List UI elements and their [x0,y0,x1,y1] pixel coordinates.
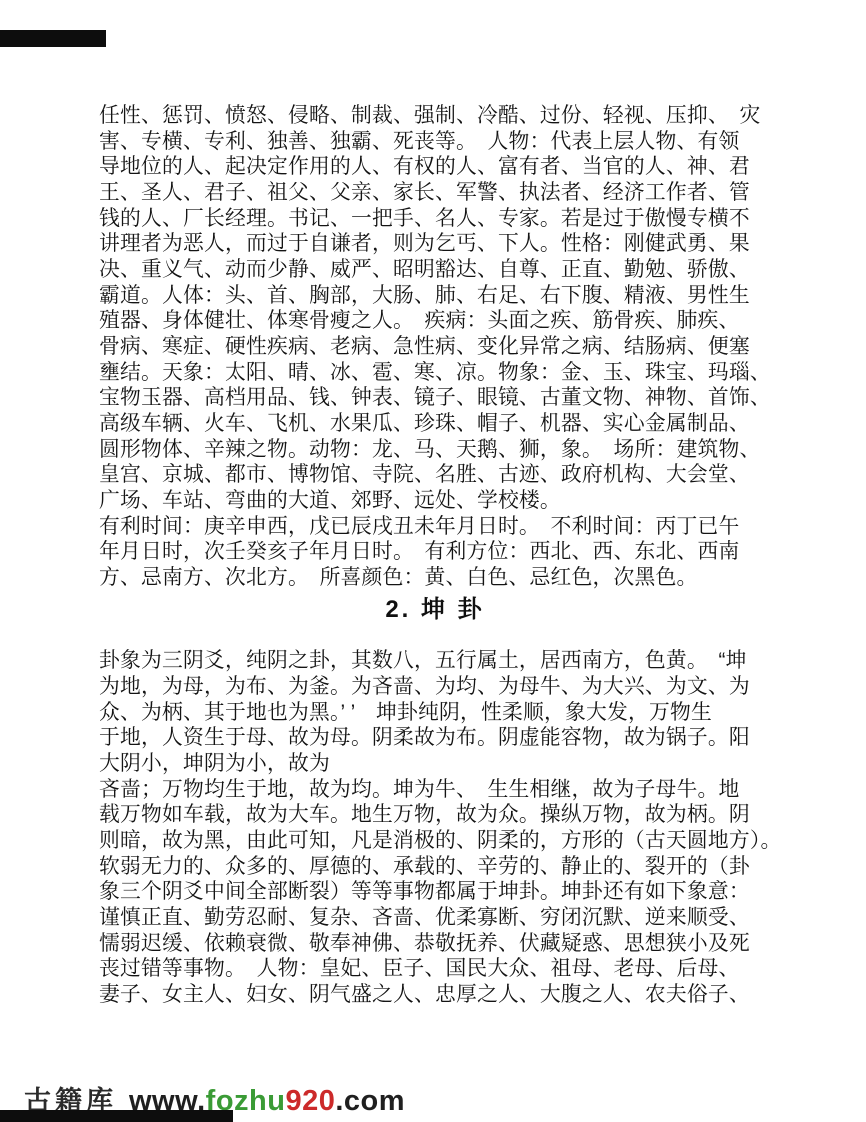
text-line: 大阴小，坤阴为小，故为 [99,751,771,777]
section-kun-gua: 卦象为三阴爻，纯阴之卦，其数八，五行属土，居西南方，色黄。 “坤为地，为母，为布… [99,648,771,1007]
text-line: 导地位的人、起决定作用的人、有权的人、富有者、当官的人、神、君 [99,154,771,180]
text-line: 霸道。人体：头、首、胸部，大肠、肺、右足、右下腹、精液、男性生 [99,283,771,309]
text-line: 殖器、身体健壮、体寒骨瘦之人。 疾病：头面之疾、筋骨疾、肺疾、 [99,308,771,334]
redaction-bar-bottom [0,1110,233,1122]
section-heading-kun-gua: 2. 坤 卦 [99,592,771,628]
text-line: 宝物玉器、高档用品、钱、钟表、镜子、眼镜、古董文物、神物、首饰、 [99,385,771,411]
text-line: 年月日时，次壬癸亥子年月日时。 有利方位：西北、西、东北、西南 [99,539,771,565]
text-line: 象三个阴爻中间全部断裂）等等事物都属于坤卦。坤卦还有如下象意： [99,879,771,905]
text-line: 王、圣人、君子、祖父、父亲、家长、军警、执法者、经济工作者、管 [99,180,771,206]
page-content: 任性、惩罚、愤怒、侵略、制裁、强制、冷酷、过份、轻视、压抑、 灾害、专横、专利、… [99,103,771,1008]
text-line: 为地，为母，为布、为釜。为吝啬、为均、为母牛、为大兴、为文、为 [99,674,771,700]
text-line: 钱的人、厂长经理。书记、一把手、名人、专家。若是过于傲慢专横不 [99,206,771,232]
watermark-url-920: 920 [285,1085,335,1117]
text-line: 圆形物体、辛辣之物。动物：龙、马、天鹅、狮，象。 场所：建筑物、 [99,437,771,463]
text-line: 骨病、寒症、硬性疾病、老病、急性病、变化异常之病、结肠病、便塞 [99,334,771,360]
text-line: 妻子、女主人、妇女、阴气盛之人、忠厚之人、大腹之人、农夫俗子、 [99,982,771,1008]
watermark-url-com: .com [335,1085,405,1117]
text-line: 高级车辆、火车、飞机、水果瓜、珍珠、帽子、机器、实心金属制品、 [99,411,771,437]
text-line: 载万物如车载，故为大车。地生万物，故为众。操纵万物，故为柄。阴 [99,802,771,828]
text-line: 软弱无力的、众多的、厚德的、承载的、辛劳的、静止的、裂开的（卦 [99,854,771,880]
text-line: 谨慎正直、勤劳忍耐、复杂、吝啬、优柔寡断、穷闭沉默、逆来顺受、 [99,905,771,931]
text-line: 壅结。天象：太阳、晴、冰、雹、寒、凉。物象：金、玉、珠宝、玛瑙、 [99,360,771,386]
text-line: 有利时间：庚辛申西，戊已辰戌丑未年月日时。 不利时间：丙丁已午 [99,514,771,540]
scanned-document-page: 任性、惩罚、愤怒、侵略、制裁、强制、冷酷、过份、轻视、压抑、 灾害、专横、专利、… [0,0,866,1122]
text-line: 丧过错等事物。 人物：皇妃、臣子、国民大众、祖母、老母、后母、 [99,956,771,982]
text-line: 方、忌南方、次北方。 所喜颜色：黄、白色、忌红色，次黑色。 [99,565,771,591]
redaction-bar-top [0,30,106,47]
text-line: 任性、惩罚、愤怒、侵略、制裁、强制、冷酷、过份、轻视、压抑、 灾 [99,103,771,129]
text-line: 懦弱迟缓、依赖衰微、敬奉神佛、恭敬抚养、伏藏疑惑、思想狭小及死 [99,931,771,957]
text-line: 吝啬；万物均生于地，故为均。坤为牛、 生生相继，故为子母牛。地 [99,777,771,803]
text-line: 讲理者为恶人，而过于自谦者，则为乞丐、下人。性格：刚健武勇、果 [99,231,771,257]
text-line: 于地，人资生于母、故为母。阴柔故为布。阴虚能容物，故为锅子。阳 [99,725,771,751]
section-qian-gua-end: 任性、惩罚、愤怒、侵略、制裁、强制、冷酷、过份、轻视、压抑、 灾害、专横、专利、… [99,103,771,590]
text-line: 害、专横、专利、独善、独霸、死丧等。 人物：代表上层人物、有领 [99,129,771,155]
text-line: 皇宫、京城、都市、博物馆、寺院、名胜、古迹、政府机构、大会堂、 [99,462,771,488]
text-line: 广场、车站、弯曲的大道、郊野、远处、学校楼。 [99,488,771,514]
text-line: 决、重义气、动而少静、威严、昭明豁达、自尊、正直、勤勉、骄傲、 [99,257,771,283]
text-line: 众、为柄、其于地也为黑。’ ’ 坤卦纯阴，性柔顺，象大发，万物生 [99,700,771,726]
text-line: 卦象为三阴爻，纯阴之卦，其数八，五行属土，居西南方，色黄。 “坤 [99,648,771,674]
text-line: 则暗，故为黑，由此可知，凡是消极的、阴柔的，方形的（古天圆地方）。 [99,828,771,854]
